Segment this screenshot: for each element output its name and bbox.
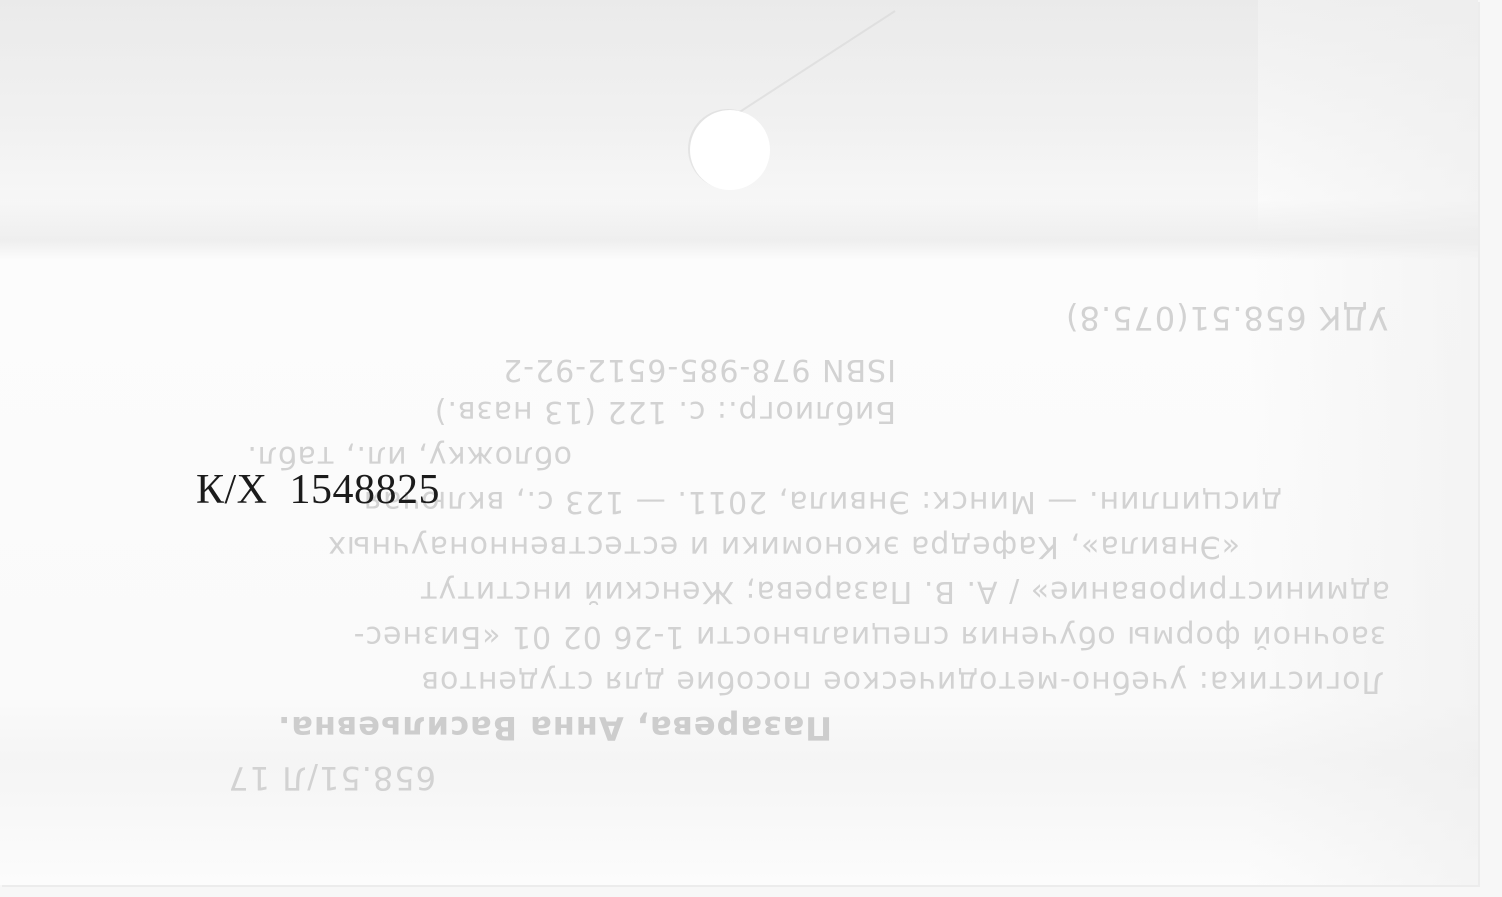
punch-hole [690, 110, 770, 190]
bleed-title-line-3: администрирование» / А. В. Пазарева; Жен… [419, 574, 1390, 609]
bleed-title-line-4: «Энвила», Кафедра экономики и естественн… [327, 529, 1240, 564]
bleed-author-heading: Пазарева, Анна Васильевна. [277, 709, 832, 747]
bleed-udc: УДК 658.51(075.8) [1065, 299, 1388, 337]
catalog-card: УДК 658.51(075.8) ISBN 978-985-6512-92-2… [0, 0, 1478, 885]
bleed-isbn: ISBN 978-985-6512-92-2 [502, 352, 896, 387]
bleed-title-line-1: Логистика: учебно-методическое пособие д… [420, 664, 1384, 699]
bleed-bibliography: Библиогр.: с. 122 (13 назв.) [434, 394, 896, 429]
bleed-call-number: 658.51/Л 17 [227, 759, 436, 797]
bleed-title-line-2: заочной формы обучения специальности 1-2… [353, 619, 1386, 654]
bleed-title-line-5: дисциплин. — Минск: Энвила, 2011. — 123 … [363, 484, 1282, 519]
inventory-number: К/Х 1548825 [196, 466, 440, 514]
